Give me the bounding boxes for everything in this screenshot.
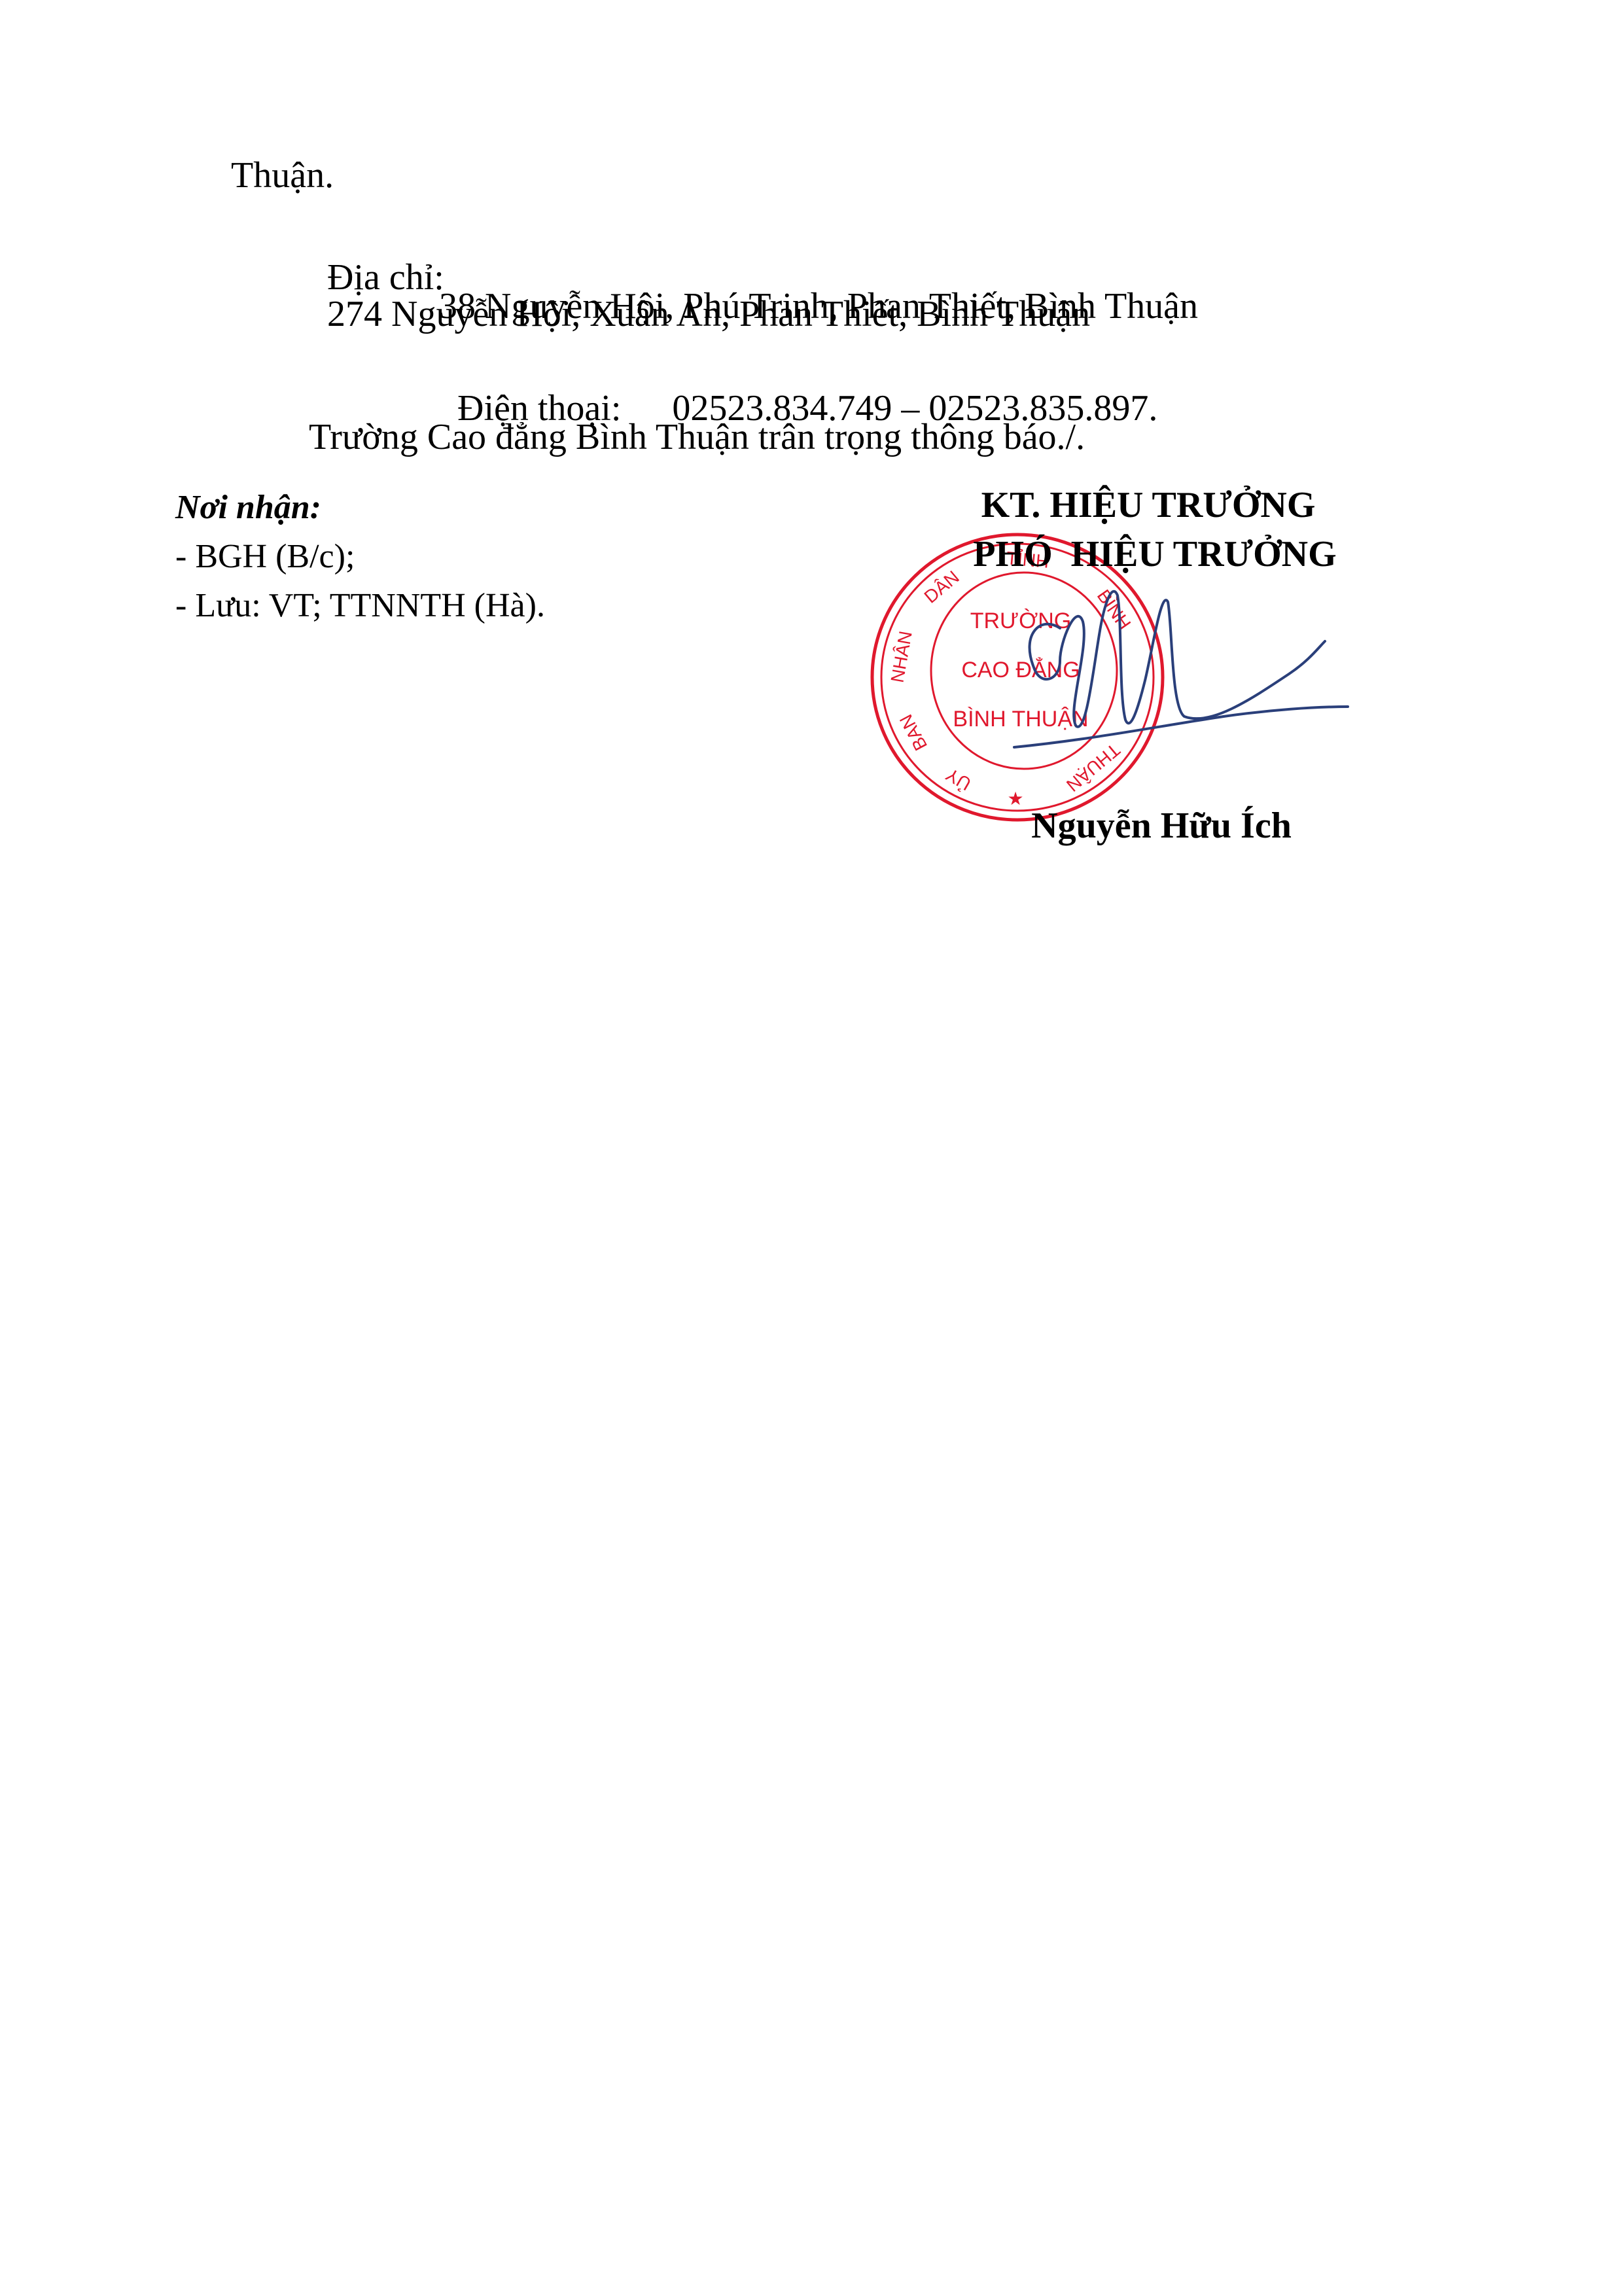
signature-title-1: KT. HIỆU TRƯỞNG (972, 484, 1325, 526)
closing-line: Trường Cao đẳng Bình Thuận trân trọng th… (309, 419, 1085, 455)
recipient-item: - Lưu: VT; TTNNTH (Hà). (175, 589, 545, 623)
recipient-item: - BGH (B/c); (175, 540, 355, 574)
address-line-2: 38 Nguyễn Hội, Phú Trinh, Phan Thiết, Bì… (439, 288, 1198, 325)
recipients-heading: Nơi nhận: (175, 491, 321, 525)
signature-title-2: PHÓ HIỆU TRƯỞNG (962, 533, 1348, 575)
seal-ring-word: NHÂN (887, 629, 915, 684)
phone-line: Điện thoại:02523.834.749 – 02523.835.897… (439, 353, 1157, 427)
signer-name: Nguyễn Hữu Ích (1017, 805, 1305, 847)
seal-ring-word: DÂN (921, 567, 963, 607)
address-label: Địa chỉ: (327, 257, 444, 298)
continuation-text: Thuận. (231, 157, 334, 194)
handwritten-signature (962, 576, 1387, 759)
